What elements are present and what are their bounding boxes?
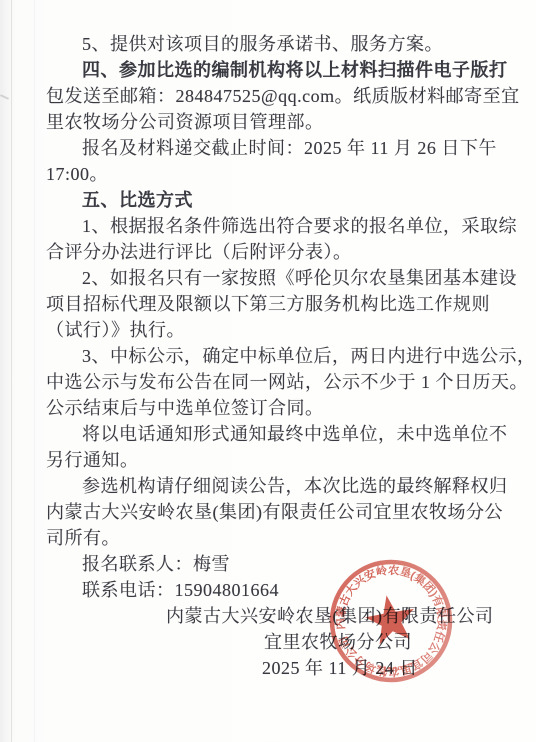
- doc-line: 将以电话通知形式通知最终中选单位，未中选单位不: [82, 421, 496, 447]
- doc-line: 2、如报名只有一家按照《呼伦贝尔农垦集团基本建设: [82, 265, 496, 291]
- doc-line: 5、提供对该项目的服务承诺书、服务方案。: [82, 31, 496, 57]
- doc-line: 另行通知。: [46, 447, 496, 473]
- official-seal: 内蒙古大兴安岭农垦(集团)有限责任公司宜里农牧场分公司 3190068: [310, 540, 472, 702]
- doc-line: 3、中标公示，确定中标单位后，两日内进行中选公示，: [82, 343, 496, 369]
- doc-line: 中选公示与发布公告在同一网站，公示不少于 1 个日历天。: [46, 369, 496, 395]
- doc-line: 内蒙古大兴安岭农垦(集团)有限责任公司宜里农牧场分公: [46, 499, 496, 525]
- doc-line: 公示结束后与中选单位签订合同。: [46, 395, 496, 421]
- doc-line: （试行）》执行。: [46, 317, 496, 343]
- scanned-document-page: { "document": { "lines": [ "5、提供对该项目的服务承…: [0, 0, 536, 742]
- doc-line: 里农牧场分公司资源项目管理部。: [46, 109, 496, 135]
- star-icon: [362, 591, 419, 646]
- doc-line-deadline: 报名及材料递交截止时间：2025 年 11 月 26 日下午: [82, 135, 496, 161]
- doc-line: 参选机构请仔细阅读公告，本次比选的最终解释权归: [82, 473, 496, 499]
- doc-line: 1、根据报名条件筛选出符合要求的报名单位，采取综: [82, 213, 496, 239]
- doc-line: 17:00。: [46, 161, 496, 187]
- doc-line: 包发送至邮箱：284847525@qq.com。纸质版材料邮寄至宜: [46, 83, 496, 109]
- doc-line: 合评分办法进行评比（后附评分表）。: [46, 239, 496, 265]
- doc-line-section-5: 五、比选方式: [82, 187, 496, 213]
- doc-line: 项目招标代理及限额以下第三方服务机构比选工作规则: [46, 291, 496, 317]
- doc-line-section-4: 四、参加比选的编制机构将以上材料扫描件电子版打: [82, 57, 496, 83]
